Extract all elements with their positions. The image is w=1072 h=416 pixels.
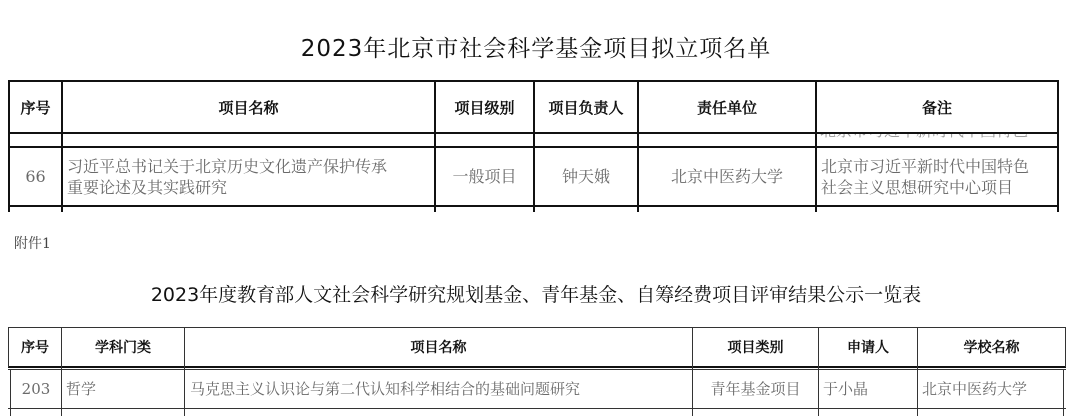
table-border-right bbox=[1065, 327, 1066, 367]
header-project-category: 项目类别 bbox=[693, 328, 818, 366]
table-header-divider bbox=[8, 366, 1066, 368]
project-name-line-1: 习近平总书记关于北京历史文化遗产保护传承 bbox=[67, 156, 387, 177]
header-school-name: 学校名称 bbox=[918, 328, 1065, 366]
header-index: 序号 bbox=[10, 82, 61, 132]
cell-project-name: 习近平总书记关于北京历史文化遗产保护传承 重要论述及其实践研究 bbox=[63, 148, 434, 205]
header-index: 序号 bbox=[9, 328, 61, 366]
cell-project-category: 青年基金项目 bbox=[693, 370, 818, 408]
header-applicant: 申请人 bbox=[819, 328, 917, 366]
project-name-line-2: 重要论述及其实践研究 bbox=[67, 177, 227, 198]
header-project-name: 项目名称 bbox=[185, 328, 692, 366]
clipped-row-fragment: 北京市习近平新时代中国特色 bbox=[820, 134, 1056, 146]
attachment-label: 附件1 bbox=[14, 233, 51, 253]
remark-line-1: 北京市习近平新时代中国特色 bbox=[821, 156, 1029, 177]
header-project-level: 项目级别 bbox=[436, 82, 533, 132]
cell-remarks: 北京市习近平新时代中国特色 社会主义思想研究中心项目 bbox=[817, 148, 1057, 205]
header-discipline: 学科门类 bbox=[62, 328, 184, 366]
table-border-right bbox=[1063, 369, 1064, 416]
header-project-name: 项目名称 bbox=[63, 82, 434, 132]
cell-index: 203 bbox=[11, 370, 61, 408]
cell-discipline: 哲学 bbox=[62, 370, 184, 408]
document-1-title: 2023年北京市社会科学基金项目拟立项名单 bbox=[0, 30, 1072, 63]
table-row-divider bbox=[8, 408, 1066, 409]
header-project-leader: 项目负责人 bbox=[535, 82, 637, 132]
header-remarks: 备注 bbox=[817, 82, 1057, 132]
header-responsible-unit: 责任单位 bbox=[639, 82, 815, 132]
cell-project-level: 一般项目 bbox=[436, 148, 533, 205]
cell-applicant: 于小晶 bbox=[819, 370, 917, 408]
table-border-right bbox=[1057, 80, 1059, 212]
cell-project-leader: 钟天娥 bbox=[535, 148, 637, 205]
cell-school-name: 北京中医药大学 bbox=[918, 370, 1063, 408]
document-2-title: 2023年度教育部人文社会科学研究规划基金、青年基金、自筹经费项目评审结果公示一… bbox=[0, 280, 1072, 307]
remark-line-2: 社会主义思想研究中心项目 bbox=[821, 177, 1013, 198]
cell-project-name: 马克思主义认识论与第二代认知科学相结合的基础问题研究 bbox=[186, 370, 692, 408]
cell-index: 66 bbox=[10, 148, 61, 205]
cell-responsible-unit: 北京中医药大学 bbox=[639, 148, 815, 205]
